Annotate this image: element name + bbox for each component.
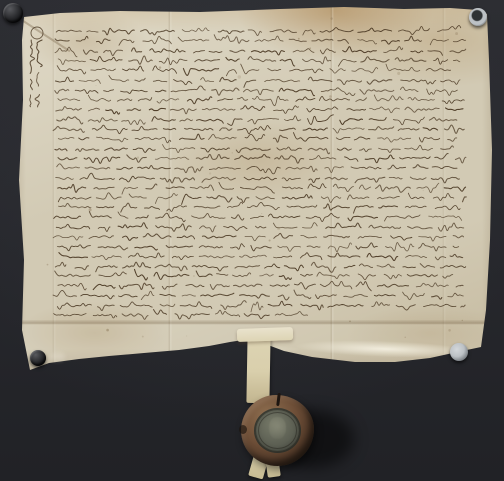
seal-figure <box>269 417 286 439</box>
seal-impression <box>254 408 301 453</box>
seal-tag-strap <box>246 333 270 403</box>
pin-smudge-highlight <box>50 352 65 361</box>
photograph <box>0 0 504 481</box>
pin-bottom-left <box>30 350 46 366</box>
pin-bottom-right <box>450 343 468 361</box>
parchment-document <box>10 3 496 375</box>
seal-tag-slit-tab <box>237 327 293 342</box>
seal-notch <box>239 425 247 434</box>
wax-seal <box>241 395 314 466</box>
corner-crease <box>21 19 71 52</box>
pin-top-left <box>3 3 23 23</box>
seal-crack <box>276 393 281 406</box>
pin-top-right <box>469 8 487 26</box>
